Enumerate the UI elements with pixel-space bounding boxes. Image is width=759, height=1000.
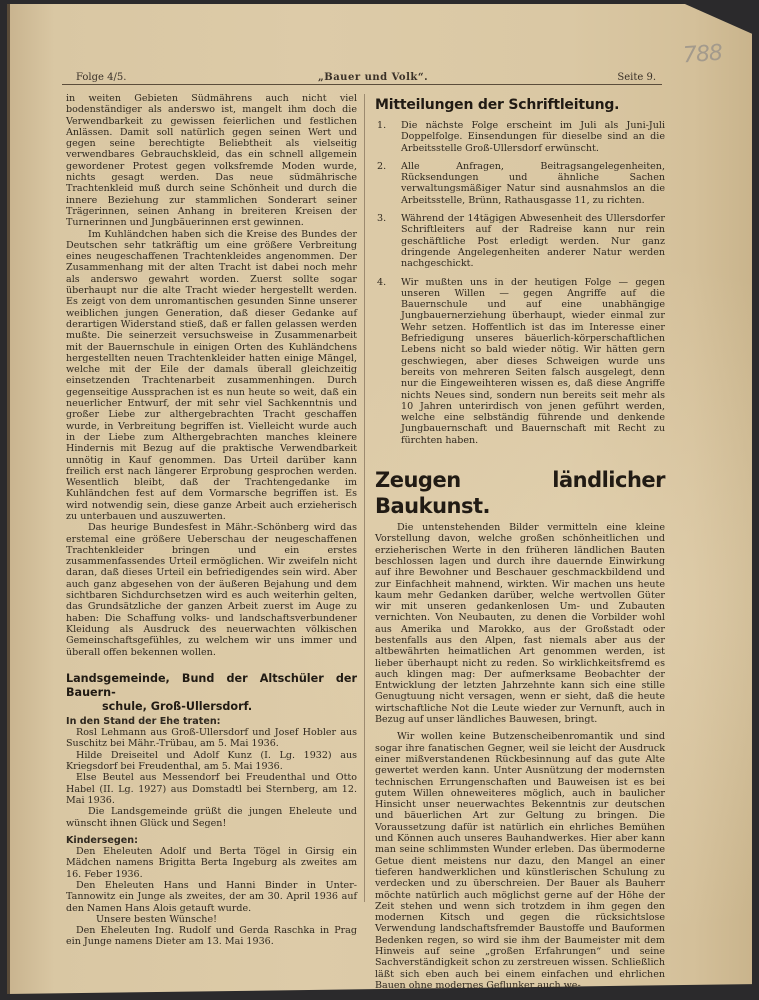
greeting: Die Landsgemeinde grüßt die jungen Ehele… xyxy=(66,806,357,829)
notice-item: 3. Während der 14tägigen Abwesenheit des… xyxy=(375,213,665,269)
notice-list: 1. Die nächste Folge erscheint im Juli a… xyxy=(375,120,665,446)
paragraph: Wir wollen keine Butzenscheibenromantik … xyxy=(375,731,665,991)
paragraph: in weiten Gebieten Südmährens auch nicht… xyxy=(66,93,357,229)
right-column: Mitteilungen der Schriftleitung. 1. Die … xyxy=(375,94,665,991)
notice-item: 4. Wir mußten uns in der heutigen Folge … xyxy=(375,277,665,446)
marriages-heading: In den Stand der Ehe traten: xyxy=(66,716,357,727)
marriage-entry: Rosl Lehmann aus Groß-Ullersdorf und Jos… xyxy=(66,727,357,750)
notice-item: 2. Alle Anfragen, Beitragsangelegenheite… xyxy=(375,161,665,206)
paragraph: Das heurige Bundesfest in Mähr.-Schönber… xyxy=(66,522,357,658)
wishes: Unsere besten Wünsche! xyxy=(66,914,357,925)
handwritten-archive-number: 788 xyxy=(682,41,723,69)
paragraph: Im Kuhländchen haben sich die Kreise des… xyxy=(66,229,357,523)
notice-item: 1. Die nächste Folge erscheint im Juli a… xyxy=(375,120,665,154)
birth-entry: Den Eheleuten Ing. Rudolf und Gerda Rasc… xyxy=(66,925,357,948)
left-column: in weiten Gebieten Südmährens auch nicht… xyxy=(66,93,357,948)
paragraph: Die untenstehenden Bilder vermitteln ein… xyxy=(375,522,665,725)
births-heading: Kindersegen: xyxy=(66,835,357,846)
birth-entry: Den Eheleuten Hans und Hanni Binder in U… xyxy=(66,880,357,914)
header-rule xyxy=(62,84,662,85)
page-header: Folge 4/5. „Bauer und Volk“. Seite 9. xyxy=(76,72,656,90)
column-divider xyxy=(364,94,365,902)
publication-title: „Bauer und Volk“. xyxy=(318,72,428,83)
issue-number: Folge 4/5. xyxy=(76,72,126,83)
marriage-entry: Hilde Dreiseitel und Adolf Kunz (I. Lg. … xyxy=(66,750,357,773)
birth-entry: Den Eheleuten Adolf und Berta Tögel in G… xyxy=(66,846,357,880)
section-title-mitteilungen: Mitteilungen der Schriftleitung. xyxy=(375,96,665,114)
page-number: Seite 9. xyxy=(617,72,656,83)
section-title-landsgemeinde: Landsgemeinde, Bund der Altschüler der B… xyxy=(66,672,357,714)
section-title-zeugen: Zeugen ländlicher Baukunst. xyxy=(375,467,665,519)
marriage-entry: Else Beutel aus Messendorf bei Freudenth… xyxy=(66,772,357,806)
